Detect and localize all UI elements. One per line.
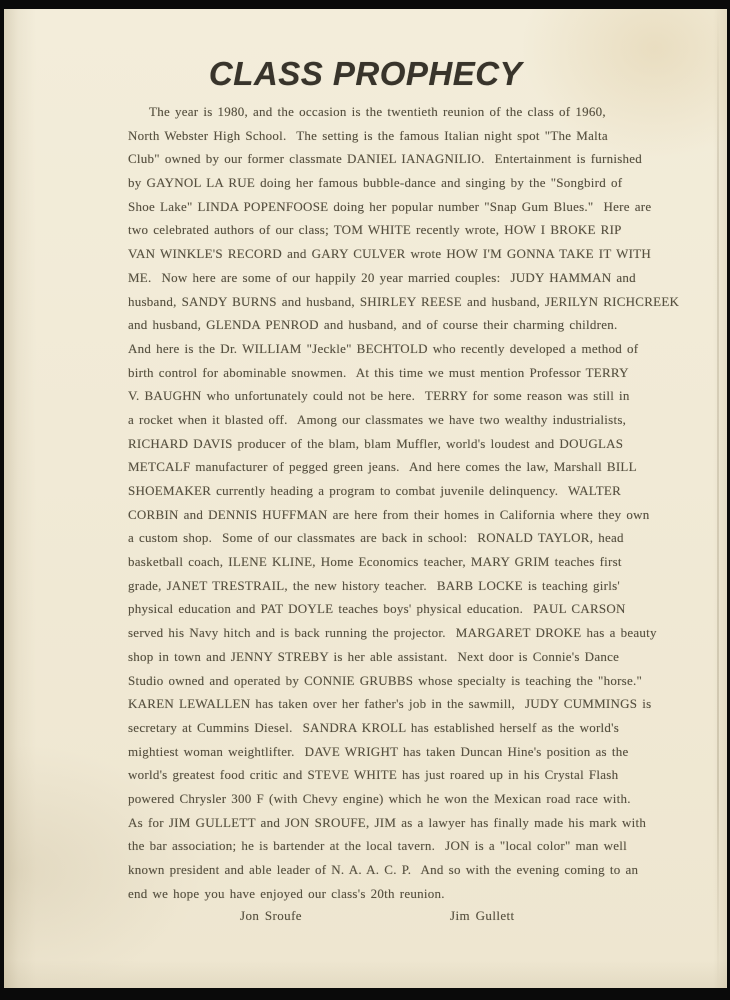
text-line: by GAYNOL LA RUE doing her famous bubble… — [128, 171, 643, 195]
text-line: Club" owned by our former classmate DANI… — [128, 147, 643, 171]
text-line: KAREN LEWALLEN has taken over her father… — [128, 692, 643, 716]
text-line: As for JIM GULLETT and JON SROUFE, JIM a… — [128, 811, 643, 835]
text-line: North Webster High School. The setting i… — [128, 124, 643, 148]
text-line: known president and able leader of N. A.… — [128, 858, 643, 882]
text-line: secretary at Cummins Diesel. SANDRA KROL… — [128, 716, 643, 740]
text-line: CORBIN and DENNIS HUFFMAN are here from … — [128, 503, 643, 527]
signature-right: Jim Gullett — [450, 908, 515, 924]
text-line: Shoe Lake" LINDA POPENFOOSE doing her po… — [128, 195, 643, 219]
text-line: and husband, GLENDA PENROD and husband, … — [128, 313, 643, 337]
text-line: a rocket when it blasted off. Among our … — [128, 408, 643, 432]
text-line: a custom shop. Some of our classmates ar… — [128, 526, 643, 550]
text-line: METCALF manufacturer of pegged green jea… — [128, 455, 643, 479]
text-line: grade, JANET TRESTRAIL, the new history … — [128, 574, 643, 598]
text-line: powered Chrysler 300 F (with Chevy engin… — [128, 787, 643, 811]
text-line: end we hope you have enjoyed our class's… — [128, 882, 643, 906]
text-line: ME. Now here are some of our happily 20 … — [128, 266, 643, 290]
signatures: Jon Sroufe Jim Gullett — [4, 905, 727, 929]
text-line: mightiest woman weightlifter. DAVE WRIGH… — [128, 740, 643, 764]
page-crease — [717, 9, 719, 988]
text-line: Studio owned and operated by CONNIE GRUB… — [128, 669, 643, 693]
text-line: served his Navy hitch and is back runnin… — [128, 621, 643, 645]
text-line: And here is the Dr. WILLIAM "Jeckle" BEC… — [128, 337, 643, 361]
text-line: basketball coach, ILENE KLINE, Home Econ… — [128, 550, 643, 574]
text-line: the bar association; he is bartender at … — [128, 834, 643, 858]
text-line: two celebrated authors of our class; TOM… — [128, 218, 643, 242]
text-line: VAN WINKLE'S RECORD and GARY CULVER wrot… — [128, 242, 643, 266]
page-title: CLASS PROPHECY — [4, 55, 727, 93]
text-line: shop in town and JENNY STREBY is her abl… — [128, 645, 643, 669]
text-line: physical education and PAT DOYLE teaches… — [128, 597, 643, 621]
text-line: birth control for abominable snowmen. At… — [128, 361, 643, 385]
scanned-page-photo: CLASS PROPHECY The year is 1980, and the… — [0, 0, 730, 1000]
yearbook-page: CLASS PROPHECY The year is 1980, and the… — [4, 9, 727, 988]
text-line: RICHARD DAVIS producer of the blam, blam… — [128, 432, 643, 456]
text-line: world's greatest food critic and STEVE W… — [128, 763, 643, 787]
body-text: The year is 1980, and the occasion is th… — [128, 100, 643, 905]
text-line: husband, SANDY BURNS and husband, SHIRLE… — [128, 290, 643, 314]
text-line: The year is 1980, and the occasion is th… — [128, 100, 643, 124]
text-line: V. BAUGHN who unfortunately could not be… — [128, 384, 643, 408]
signature-left: Jon Sroufe — [240, 908, 302, 924]
text-line: SHOEMAKER currently heading a program to… — [128, 479, 643, 503]
